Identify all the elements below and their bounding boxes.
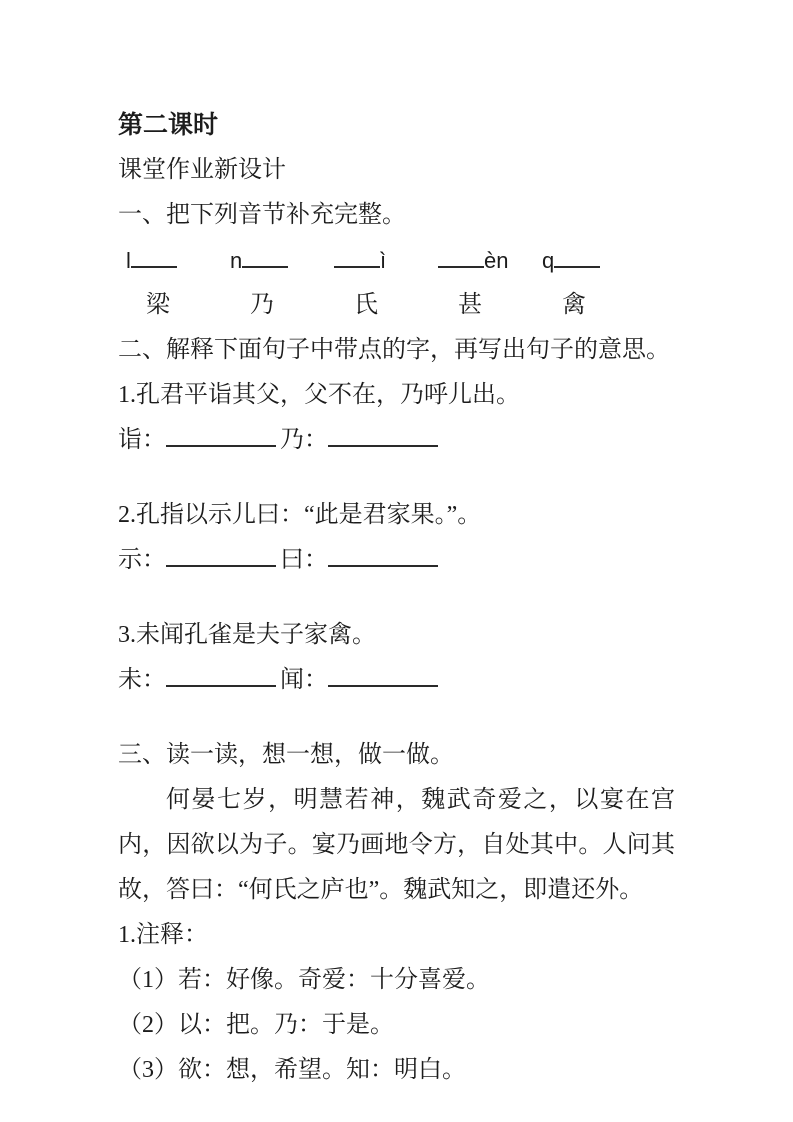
blank-label: 诣： [118,427,166,453]
sentence-item-3: 3.未闻孔雀是夫子家禽。 [118,613,675,658]
answer-line-1: 诣：乃： [118,418,675,463]
worksheet-page: 第二课时 课堂作业新设计 一、把下列音节补充完整。 l n ì èn q 梁 乃… [0,0,793,1122]
reading-passage: 何晏七岁，明慧若神，魏武奇爱之，以宴在宫内，因欲以为子。宴乃画地令方，自处其中。… [118,778,675,913]
note-item-1: （1）若：好像。奇爱：十分喜爱。 [118,958,675,1003]
answer-blank [166,539,276,567]
exercise-3-title: 三、读一读，想一想，做一做。 [118,733,675,778]
pinyin-blank [438,242,484,268]
sentence-item-2: 2.孔指以示儿曰：“此是君家果。”。 [118,493,675,538]
answer-blank [328,659,438,687]
notes-title: 1.注释： [118,913,675,958]
hanzi-item: 氏 [314,283,418,328]
pinyin-final: ì [380,248,386,273]
blank-label: 闻： [280,667,328,693]
hanzi-item: 梁 [106,283,210,328]
pinyin-initial: q [542,248,554,273]
blank-label: 曰： [280,547,328,573]
answer-blank [166,659,276,687]
note-item-3: （3）欲：想，希望。知：明白。 [118,1048,675,1093]
blank-label: 示： [118,547,166,573]
sentence-item-1: 1.孔君平诣其父，父不在，乃呼儿出。 [118,373,675,418]
answer-line-3: 未：闻： [118,658,675,703]
pinyin-blank [554,242,600,268]
hanzi-item: 乃 [210,283,314,328]
answer-blank [328,419,438,447]
doc-subheading: 课堂作业新设计 [118,148,675,193]
pinyin-item: n [230,238,334,283]
hanzi-row: 梁 乃 氏 甚 禽 [106,283,675,328]
note-item-2: （2）以：把。乃：于是。 [118,1003,675,1048]
pinyin-item: ì [334,238,438,283]
answer-blank [166,419,276,447]
hanzi-item: 甚 [418,283,522,328]
blank-label: 乃： [280,427,328,453]
pinyin-row: l n ì èn q [118,238,675,283]
pinyin-item: l [126,238,230,283]
pinyin-item: q [542,238,646,283]
pinyin-blank [242,242,288,268]
pinyin-blank [131,242,177,268]
exercise-2-title: 二、解释下面句子中带点的字，再写出句子的意思。 [118,328,675,373]
pinyin-item: èn [438,238,542,283]
answer-line-2: 示：曰： [118,538,675,583]
pinyin-blank [334,242,380,268]
hanzi-item: 禽 [522,283,626,328]
answer-blank [328,539,438,567]
pinyin-initial: n [230,248,242,273]
doc-heading: 第二课时 [118,103,675,148]
exercise-1-title: 一、把下列音节补充完整。 [118,193,675,238]
blank-label: 未： [118,667,166,693]
pinyin-final: èn [484,248,508,273]
